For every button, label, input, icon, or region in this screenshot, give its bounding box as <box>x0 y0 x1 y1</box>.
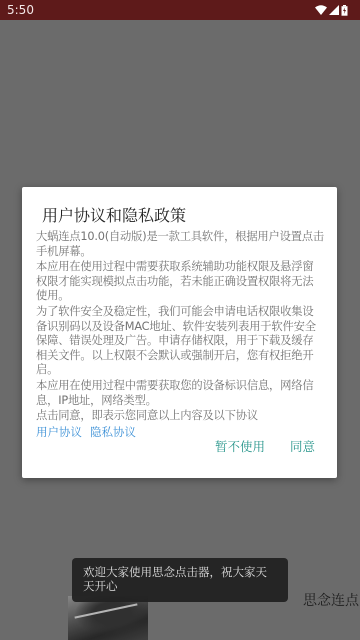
background-app-title: 思念连点 <box>303 590 359 610</box>
status-time: 5:50 <box>7 3 34 17</box>
decline-button[interactable]: 暂不使用 <box>215 437 265 455</box>
dialog-paragraph: 点击同意，即表示您同意以上内容及以下协议 <box>36 409 324 424</box>
signal-icon <box>329 5 339 15</box>
privacy-agreement-link[interactable]: 隐私协议 <box>90 425 136 440</box>
dialog-body: 大蜗连点10.0(自动版)是一款工具软件，根据用户设置点击手机屏幕。 本应用在使… <box>36 230 324 440</box>
status-bar: 5:50 <box>0 0 360 20</box>
agree-button[interactable]: 同意 <box>290 437 315 455</box>
status-icons <box>315 5 348 16</box>
welcome-toast: 欢迎大家使用思念点击器，祝大家天天开心 <box>72 558 288 602</box>
background-character-image <box>68 596 148 640</box>
dialog-actions: 暂不使用 同意 <box>215 437 315 455</box>
dialog-title: 用户协议和隐私政策 <box>42 205 324 227</box>
battery-charging-icon <box>341 5 348 16</box>
user-agreement-link[interactable]: 用户协议 <box>36 425 82 440</box>
dialog-paragraph: 为了软件安全及稳定性，我们可能会申请电话权限收集设备识别码以及设备MAC地址、软… <box>36 305 324 378</box>
dialog-paragraph: 本应用在使用过程中需要获取系统辅助功能权限及悬浮窗权限才能实现模拟点击功能，若未… <box>36 260 324 304</box>
privacy-policy-dialog: 用户协议和隐私政策 大蜗连点10.0(自动版)是一款工具软件，根据用户设置点击手… <box>22 187 337 478</box>
wifi-icon <box>315 5 327 15</box>
dialog-paragraph: 大蜗连点10.0(自动版)是一款工具软件，根据用户设置点击手机屏幕。 <box>36 230 324 259</box>
dialog-paragraph: 本应用在使用过程中需要获取您的设备标识信息，网络信息，IP地址，网络类型。 <box>36 379 324 408</box>
